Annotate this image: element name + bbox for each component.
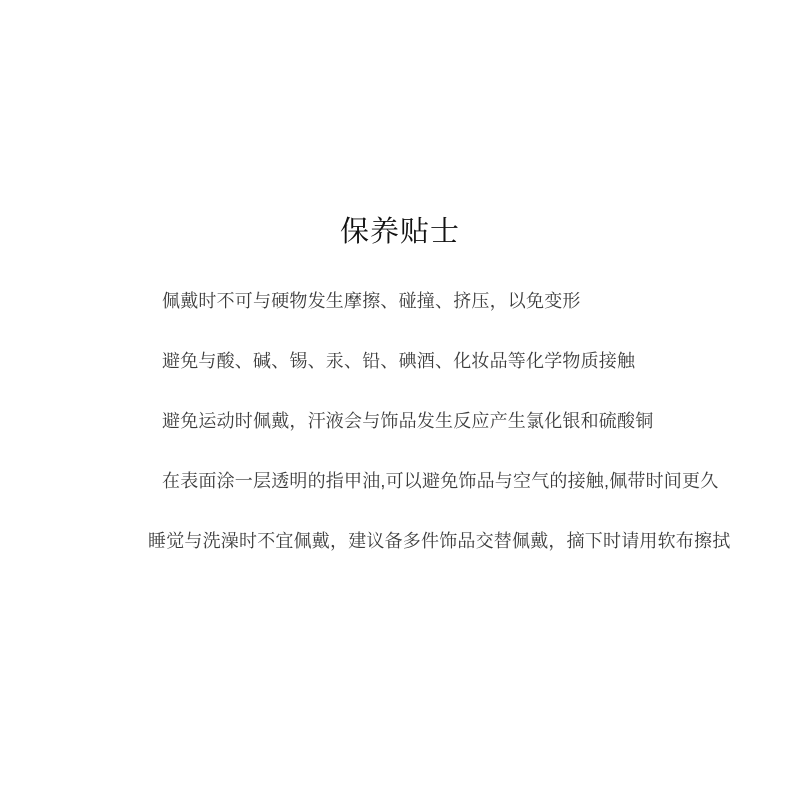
care-tip-line: 佩戴时不可与硬物发生摩擦、碰撞、挤压，以免变形 [162, 292, 581, 310]
care-tip-line: 睡觉与洗澡时不宜佩戴，建议备多件饰品交替佩戴，摘下时请用软布擦拭 [148, 532, 730, 550]
care-tip-line: 避免运动时佩戴，汗液会与饰品发生反应产生氯化银和硫酸铜 [162, 412, 653, 430]
care-tip-line: 避免与酸、碱、锡、汞、铅、碘酒、化妆品等化学物质接触 [162, 352, 635, 370]
care-tips-list: 佩戴时不可与硬物发生摩擦、碰撞、挤压，以免变形 避免与酸、碱、锡、汞、铅、碘酒、… [0, 0, 800, 800]
care-tip-line: 在表面涂一层透明的指甲油,可以避免饰品与空气的接触,佩带时间更久 [162, 472, 718, 490]
